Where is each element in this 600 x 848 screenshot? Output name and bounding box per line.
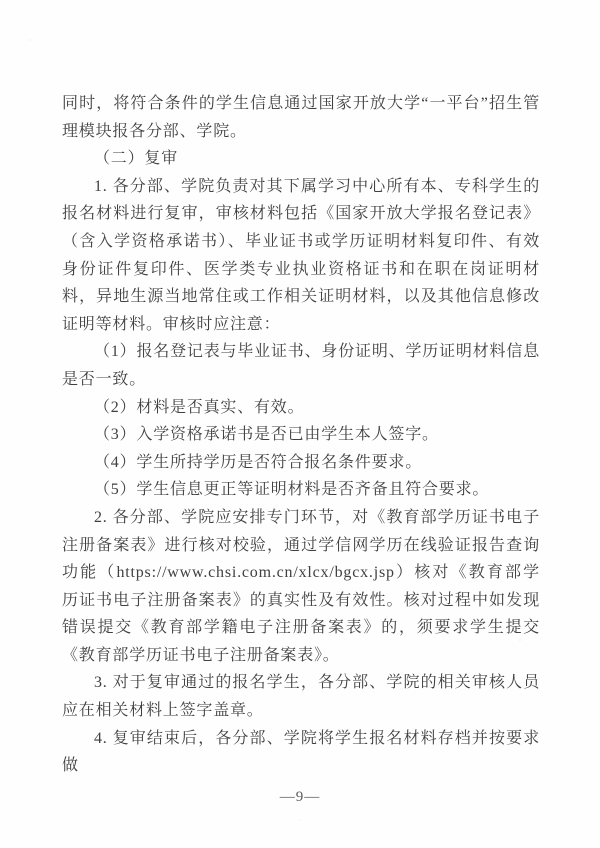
document-page: 同时，将符合条件的学生信息通过国家开放大学“一平台”招生管理模块报各分部、学院。… xyxy=(0,0,600,848)
paragraph-subitem-3: （3）入学资格承诺书是否已由学生本人签字。 xyxy=(62,421,540,449)
paragraph-item-3: 3. 对于复审通过的报名学生，各分部、学院的相关审核人员应在相关材料上签字盖章。 xyxy=(62,669,540,724)
paragraph-item-4: 4. 复审结束后，各分部、学院将学生报名材料存档并按要求做 xyxy=(62,725,540,780)
paragraph-subitem-2: （2）材料是否真实、有效。 xyxy=(62,394,540,422)
paragraph-subitem-1: （1）报名登记表与毕业证书、身份证明、学历证明材料信息是否一致。 xyxy=(62,338,540,393)
paragraph-subitem-4: （4）学生所持学历是否符合报名条件要求。 xyxy=(62,449,540,477)
paragraph-continuation: 同时，将符合条件的学生信息通过国家开放大学“一平台”招生管理模块报各分部、学院。 xyxy=(62,90,540,145)
page-number: —9— xyxy=(0,789,600,806)
paragraph-item-1: 1. 各分部、学院负责对其下属学习中心所有本、专科学生的报名材料进行复审，审核材… xyxy=(62,173,540,339)
document-body: 同时，将符合条件的学生信息通过国家开放大学“一平台”招生管理模块报各分部、学院。… xyxy=(62,90,540,780)
section-heading: （二）复审 xyxy=(62,145,540,173)
paragraph-subitem-5: （5）学生信息更正等证明材料是否齐备且符合要求。 xyxy=(62,476,540,504)
paragraph-item-2: 2. 各分部、学院应安排专门环节，对《教育部学历证书电子注册备案表》进行核对校验… xyxy=(62,504,540,670)
